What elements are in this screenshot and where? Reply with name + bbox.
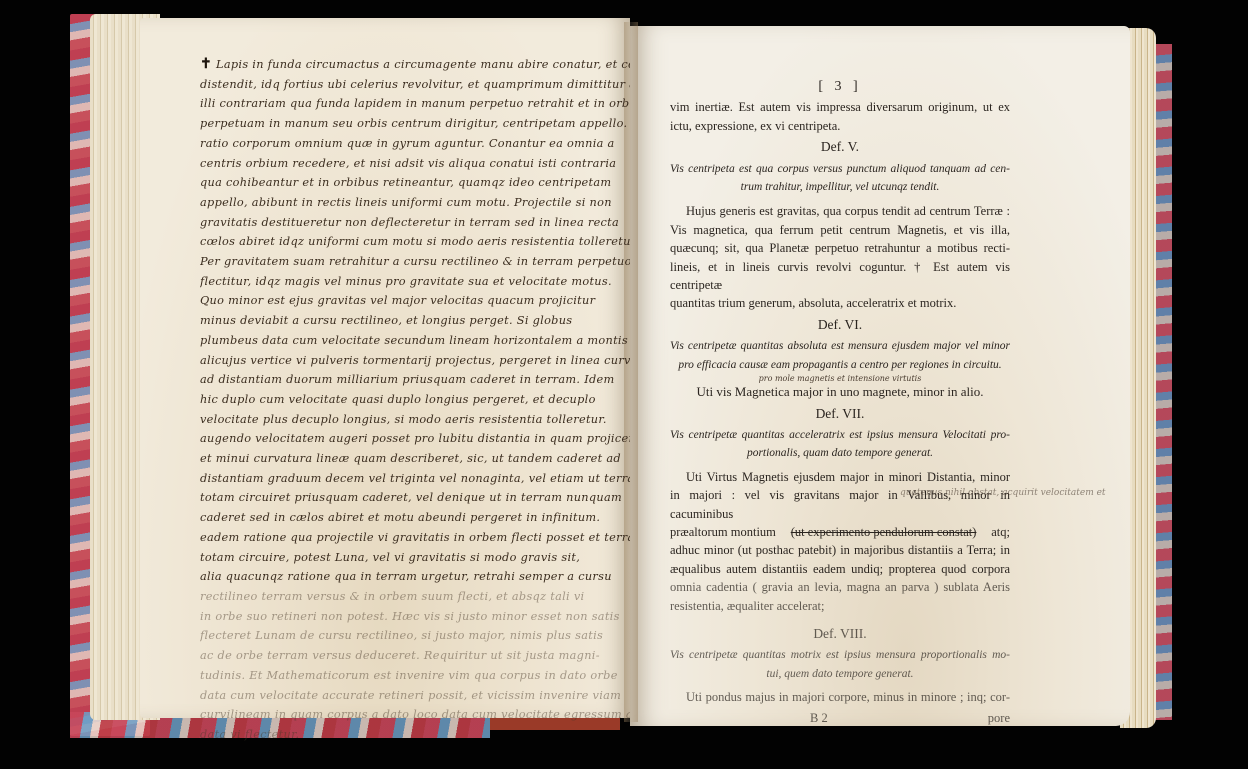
definition-text: Vis centripetæ quantitas motrix est ipsi… — [670, 646, 1010, 664]
definition-text: Vis centripetæ quantitas acceleratrix es… — [670, 426, 1010, 444]
handwritten-line-text: ad distantiam duorum milliarium priusqua… — [200, 373, 615, 386]
handwritten-line: flectitur, idqz magis vel minus pro grav… — [200, 272, 630, 292]
handwritten-line: rectilineo terram versus & in orbem suum… — [200, 587, 630, 607]
handwritten-line: et minui curvatura lineæ quam describere… — [200, 449, 630, 469]
handwritten-line-text: data cum velocitate accurate retineri po… — [200, 689, 621, 702]
handwritten-line: totam circuire, potest Luna, vel vi grav… — [200, 548, 630, 568]
page-number: [ 3 ] — [670, 78, 1010, 96]
handwritten-line: centris orbium recedere, et nisi adsit v… — [200, 154, 630, 174]
definition-text: Vis centripetæ quantitas absoluta est me… — [670, 337, 1010, 355]
handwritten-line: ad distantiam duorum milliarium priusqua… — [200, 370, 630, 390]
handwritten-line: cœlos abiret idqz uniformi cum motu si m… — [200, 232, 630, 252]
handwritten-line-text: appello, abibunt in rectis lineis unifor… — [200, 196, 612, 209]
definition-heading: Def. VIII. — [670, 625, 1010, 643]
handwritten-line-text: Quo minor est ejus gravitas vel major ve… — [200, 294, 595, 307]
body-line: Uti pondus majus in majori corpore, minu… — [670, 688, 1010, 706]
struck-text: (ut experimento pendulorum constat) — [791, 523, 977, 541]
body-line: æqualibus autem distantiis eadem undiq; … — [670, 560, 1010, 578]
definition-text: Vis centripeta est qua corpus versus pun… — [670, 160, 1010, 178]
handwritten-line: data vi flectetur. — [200, 725, 630, 745]
handwritten-line: hic duplo cum velocitate quasi duplo lon… — [200, 390, 630, 410]
handwritten-line: appello, abibunt in rectis lineis unifor… — [200, 193, 630, 213]
handwritten-line: perpetuam in manum seu orbis centrum dir… — [200, 114, 630, 134]
handwritten-line-text: flecteret Lunam de cursu rectilineo, si … — [200, 629, 603, 642]
handwritten-line: distantiam graduum decem vel triginta ve… — [200, 469, 630, 489]
body-line: lineis, et in lineis curvis revolvi cogu… — [670, 258, 1010, 295]
handwritten-line: alia quacunqz ratione qua in terram urge… — [200, 567, 630, 587]
handwritten-line-text: eadem ratione qua projectile vi gravitat… — [200, 531, 630, 544]
handwritten-line-text: curvilineam in quam corpus a dato loco d… — [200, 708, 630, 721]
handwritten-line: data cum velocitate accurate retineri po… — [200, 686, 630, 706]
body-text: atq; — [991, 523, 1010, 541]
handwritten-line-text: alia quacunqz ratione qua in terram urge… — [200, 570, 612, 583]
handwritten-line-text: Lapis in funda circumactus a circumagent… — [216, 58, 630, 71]
margin-annotation: quatenus nihil obstat, acquirit velocita… — [900, 488, 1106, 498]
definition-heading: Def. VI. — [670, 316, 1010, 334]
cross-marker-icon: ✝ — [200, 56, 212, 72]
handwritten-line-text: qua cohibeantur et in orbibus retineantu… — [200, 176, 611, 189]
body-line: præaltorum montium (ut experimento pendu… — [670, 523, 1010, 541]
signature-mark: B 2 — [810, 709, 828, 727]
handwritten-line-text: hic duplo cum velocitate quasi duplo lon… — [200, 393, 596, 406]
handwritten-line: ✝Lapis in funda circumactus a circumagen… — [200, 55, 630, 75]
handwritten-line-text: tudinis. Et Mathematicorum est invenire … — [200, 669, 618, 682]
handwritten-line: caderet sed in cælos abiret et motu abeu… — [200, 508, 630, 528]
body-text: præaltorum montium — [670, 523, 776, 541]
handwritten-line-text: distendit, idq fortius ubi celerius revo… — [200, 78, 630, 91]
handwritten-line-text: flectitur, idqz magis vel minus pro grav… — [200, 275, 612, 288]
handwritten-line: ratio corporum omnium quæ in gyrum agunt… — [200, 134, 630, 154]
handwritten-line-text: distantiam graduum decem vel triginta ve… — [200, 472, 630, 485]
handwritten-line-text: ratio corporum omnium quæ in gyrum agunt… — [200, 137, 615, 150]
handwritten-line: Quo minor est ejus gravitas vel major ve… — [200, 291, 630, 311]
handwritten-line-text: cœlos abiret idqz uniformi cum motu si m… — [200, 235, 630, 248]
handwritten-line-text: alicujus vertice vi pulveris tormentarij… — [200, 354, 630, 367]
handwritten-line-text: minus deviabit a cursu rectilineo, et lo… — [200, 314, 572, 327]
page-footer: B 2 pore — [670, 709, 1010, 727]
handwritten-line: qua cohibeantur et in orbibus retineantu… — [200, 173, 630, 193]
handwritten-line: flecteret Lunam de cursu rectilineo, si … — [200, 626, 630, 646]
body-line: Vis magnetica, qua ferrum petit centrum … — [670, 221, 1010, 239]
handwritten-text: ✝Lapis in funda circumactus a circumagen… — [200, 55, 630, 745]
definition-heading: Def. V. — [670, 138, 1010, 156]
handwritten-line: minus deviabit a cursu rectilineo, et lo… — [200, 311, 630, 331]
body-line: quantitas trium generum, absoluta, accel… — [670, 294, 1010, 312]
handwritten-line-text: velocitate plus decuplo longius, si modo… — [200, 413, 607, 426]
handwritten-line-text: centris orbium recedere, et nisi adsit v… — [200, 157, 616, 170]
body-line: Uti Virtus Magnetis ejusdem major in min… — [670, 468, 1010, 486]
handwritten-line: plumbeus data cum velocitate secundum li… — [200, 331, 630, 351]
printed-text: [ 3 ] vim inertiæ. Est autem vis impress… — [670, 78, 1010, 727]
intro-line: ictu, expressione, ex vi centripeta. — [670, 117, 1010, 135]
handwritten-line-text: totam circuire, potest Luna, vel vi grav… — [200, 551, 580, 564]
body-line: omnia cadentia ( gravia an levia, magna … — [670, 578, 1010, 596]
catchword: pore — [988, 709, 1010, 727]
body-line: quæcunq; sit, qua Planetæ perpetuo retra… — [670, 239, 1010, 257]
handwritten-line-text: data vi flectetur. — [200, 728, 299, 741]
handwritten-line-text: et minui curvatura lineæ quam describere… — [200, 452, 621, 465]
definition-text: tui, quem dato tempore generat. — [670, 665, 1010, 683]
handwritten-line: ac de orbe terram versus deduceret. Requ… — [200, 646, 630, 666]
handwritten-line: totam circuiret priusquam caderet, vel d… — [200, 488, 630, 508]
handwritten-line: distendit, idq fortius ubi celerius revo… — [200, 75, 630, 95]
handwritten-line-text: rectilineo terram versus & in orbem suum… — [200, 590, 584, 603]
handwritten-line: gravitatis destitueretur non deflecteret… — [200, 213, 630, 233]
body-line: adhuc minor (ut posthac patebit) in majo… — [670, 541, 1010, 559]
handwritten-line-text: ac de orbe terram versus deduceret. Requ… — [200, 649, 600, 662]
handwritten-line: velocitate plus decuplo longius, si modo… — [200, 410, 630, 430]
handwritten-line: eadem ratione qua projectile vi gravitat… — [200, 528, 630, 548]
handwritten-line-text: perpetuam in manum seu orbis centrum dir… — [200, 117, 630, 130]
handwritten-line: Per gravitatem suam retrahitur a cursu r… — [200, 252, 630, 272]
handwritten-line-text: augendo velocitatem augeri posset pro lu… — [200, 432, 630, 445]
definition-text: portionalis, quam dato tempore generat. — [670, 444, 1010, 462]
definition-text: pro efficacia causæ eam propagantis a ce… — [670, 356, 1010, 374]
body-line: Uti vis Magnetica major in uno magnete, … — [670, 383, 1010, 401]
handwritten-line: in orbe suo retineri non potest. Hæc vis… — [200, 607, 630, 627]
handwritten-line-text: illi contrariam qua funda lapidem in man… — [200, 97, 630, 110]
handwritten-line: augendo velocitatem augeri posset pro lu… — [200, 429, 630, 449]
handwritten-line-text: caderet sed in cælos abiret et motu abeu… — [200, 511, 600, 524]
definition-heading: Def. VII. — [670, 405, 1010, 423]
handwritten-line-text: Per gravitatem suam retrahitur a cursu r… — [200, 255, 630, 268]
body-line: resistentia, æqualiter accelerat; — [670, 597, 1010, 615]
photo-stage: ✝Lapis in funda circumactus a circumagen… — [0, 0, 1248, 769]
handwritten-line: alicujus vertice vi pulveris tormentarij… — [200, 351, 630, 371]
body-line: Hujus generis est gravitas, qua corpus t… — [670, 202, 1010, 220]
handwritten-line-text: totam circuiret priusquam caderet, vel d… — [200, 491, 622, 504]
handwritten-line-text: in orbe suo retineri non potest. Hæc vis… — [200, 610, 620, 623]
intro-line: vim inertiæ. Est autem vis impressa dive… — [670, 98, 1010, 116]
definition-text: trum trahitur, impellitur, vel utcunqz t… — [670, 178, 1010, 196]
handwritten-line-text: gravitatis destitueretur non deflecteret… — [200, 216, 619, 229]
handwritten-line: tudinis. Et Mathematicorum est invenire … — [200, 666, 630, 686]
handwritten-line: curvilineam in quam corpus a dato loco d… — [200, 705, 630, 725]
handwritten-line-text: plumbeus data cum velocitate secundum li… — [200, 334, 628, 347]
handwritten-line: illi contrariam qua funda lapidem in man… — [200, 94, 630, 114]
handwritten-annotation: pro mole magnetis et intensione virtutis — [670, 374, 1010, 383]
